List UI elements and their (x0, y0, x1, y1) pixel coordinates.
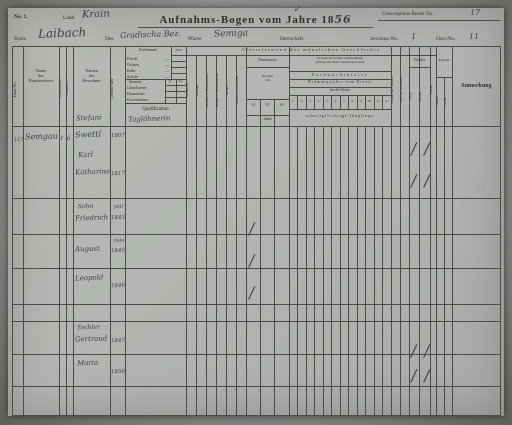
nachwuchs-age-16: 16 (274, 103, 289, 107)
col-header-bewohner: Namen der Bewohner (73, 69, 110, 84)
entry-parties: 1 (60, 135, 64, 142)
klassen-col: 2. (298, 99, 307, 103)
klassen-line1: In Folge der vorigen Aufschreibung gehör… (290, 57, 390, 64)
pfarre-value-handwritten: Semiga (214, 28, 248, 39)
viehstand-title: Viehstand: (125, 48, 171, 53)
tally-mark-weiber: / (424, 139, 430, 158)
entry-owner-name: Semgau (25, 131, 58, 141)
pfarre-label: Pfarre (188, 36, 201, 42)
grid-line-h (125, 103, 186, 104)
grid-line-h (171, 67, 186, 68)
census-table: Haus-No. Name des Hausbesitzers Wohnpart… (12, 46, 501, 416)
grid-line-h (289, 109, 391, 110)
grid-line-h (246, 67, 289, 68)
entry-inhabitant-name: Leopold (75, 274, 104, 283)
entry-inhabitant-name: August (75, 245, 100, 254)
entry-birth-year: 1845 (111, 248, 125, 254)
viehstand-row: Kühe— (127, 68, 169, 73)
grid-line-h (13, 198, 500, 199)
tally-mark-nachwuchs: / (249, 283, 255, 302)
grid-line-v (274, 99, 275, 415)
kreis-value-handwritten: Laibach (38, 25, 87, 41)
entry-inhabitant-name: Gertraud (75, 334, 108, 343)
tally-mark-weiber: / (411, 366, 417, 385)
klassen-line2: Nachwuchsklasse (289, 73, 391, 77)
qualification-header: Qualification (125, 107, 186, 113)
orts-value-handwritten: 11 (469, 32, 479, 41)
entry-inhabitant-name: Katharina (75, 167, 110, 176)
steuern-fl-col: fl. (165, 80, 176, 84)
nachwuchs-age-14: 14 (246, 103, 260, 107)
grid-line-v (382, 126, 383, 415)
entry-birth-year: 1846 (111, 283, 125, 289)
grid-line-h (165, 85, 186, 86)
grid-line-v (23, 47, 24, 415)
col-header-geburtsjahr: Geburts-Jahr (110, 55, 125, 123)
klassen-column-labels: 1.2.3.4.5.6.7.8.9.10.11.12. (289, 99, 391, 103)
anmerkung-header: Anmerkung (452, 83, 500, 90)
entry-relation-label: Sohn (78, 203, 94, 211)
scanned-form-sheet: No. 1. Land Krain Aufnahms-Bogen vom Jah… (8, 8, 504, 416)
viehstand-row-label: Kühe (127, 68, 136, 73)
des-value-handwritten: Gradischa Bez. (120, 29, 181, 40)
tally-mark-nachwuchs: / (249, 219, 255, 238)
viehstand-row-label: Ochsen (127, 62, 139, 67)
grid-line-v (306, 126, 307, 415)
grid-line-v (374, 126, 375, 415)
grid-line-v (444, 77, 445, 415)
grid-line-h (171, 55, 186, 56)
grid-line-h (436, 77, 452, 78)
fremde-header: Fremde (436, 59, 452, 63)
klassen-col: 11. (374, 99, 383, 103)
nachwuchs-sub: im Alter von (246, 75, 289, 83)
class-col-haeusler: Häusler u. Inwohner (236, 57, 246, 123)
viehstand-dash: — (165, 56, 169, 61)
entry-relation-label: Tochter (77, 324, 100, 332)
klassen-col: 1. (289, 99, 298, 103)
klassen-col: 6. (332, 99, 341, 103)
section-value-handwritten: 1 (411, 32, 416, 41)
grid-line-v (260, 99, 261, 415)
entry-inhabitant-name: Maria (77, 359, 98, 368)
entry-haus-no: 117 (14, 137, 24, 143)
col-header-familien: Familien (66, 55, 73, 123)
entry-birth-year: 1850 (111, 369, 125, 375)
grid-line-h (165, 91, 186, 92)
col-header-hausbesitzer: Name des Hausbesitzers (23, 69, 59, 84)
entry-inhabitant-name: Swettl (75, 130, 101, 140)
grid-line-h (171, 73, 186, 74)
klassen-col: 10. (366, 99, 375, 103)
grid-line-v (331, 126, 332, 415)
kreis-label: Kreis (14, 36, 26, 42)
entry-inhabitant-name: Friedrich (75, 213, 108, 222)
checkmark-handwritten: ✓ (293, 5, 301, 15)
form-number: No. 1. (14, 14, 28, 20)
klassen-line3: Widmungsjahre zum Dienst (289, 81, 391, 85)
viehstand-row: Pferde— (127, 56, 169, 61)
tally-mark-nachwuchs: / (249, 251, 255, 270)
grid-line-h (13, 234, 500, 235)
grid-line-v (314, 126, 315, 415)
klassen-col: 5. (323, 99, 332, 103)
grid-line-h (13, 386, 500, 387)
tally-mark-weiber: / (411, 171, 417, 190)
grid-line-v (340, 126, 341, 415)
entry-birth-year: 1817 (111, 171, 125, 177)
grid-line-h (246, 99, 289, 100)
form-title-text: Aufnahms-Bogen vom Jahre 18 (159, 14, 334, 26)
tally-mark-weiber: / (424, 366, 430, 385)
grid-line-v (348, 126, 349, 415)
grid-line-v (357, 126, 358, 415)
classification-title: Classification des männlichen Geschlecht… (186, 48, 436, 53)
entry-birth-year-small: 1844 (113, 239, 125, 244)
viehstand-row: Ochsen— (127, 62, 169, 67)
conscription-district-label: Conscriptions-Bezirk No. (382, 12, 433, 18)
tally-mark-weiber: / (424, 171, 430, 190)
entry-birth-year: 1807 (111, 133, 125, 139)
grid-line-h (13, 268, 500, 269)
section-label: Sections-No. (370, 36, 399, 42)
entry-inhabitant-name: Karl (78, 151, 93, 160)
entry-birth-year: 1843 (111, 215, 125, 221)
nachwuchs-age-15: 15 (260, 103, 274, 107)
entry-qualification: Taglöhnerin (128, 114, 171, 123)
orts-label: Orts-No. (436, 36, 455, 42)
grid-line-v (73, 47, 74, 415)
col-weiber-verehelichte: verehel. (419, 69, 430, 123)
klassen-col: 7. (340, 99, 349, 103)
viehstand-dash: — (165, 68, 169, 73)
grid-line-h (13, 126, 500, 127)
land-label: Land (63, 15, 74, 21)
klassen-col: 8. (349, 99, 358, 103)
viehstand-zahl-col: Zahl (171, 49, 186, 53)
herrschaft-label: Herrschaft (280, 36, 303, 42)
steuern-row-label: Erwerbsteuer (127, 98, 148, 102)
conscription-district-value: 17 (470, 8, 480, 17)
klassen-col: 4. (315, 99, 324, 103)
steuern-row-label: Haussteuer (127, 92, 145, 96)
weiber-header: Weiber (409, 58, 430, 62)
steuern-title: Steuern: (129, 80, 142, 84)
des-label: Des (105, 36, 114, 42)
grid-line-h (409, 67, 430, 68)
grid-line-v (365, 126, 366, 415)
grid-line-h (289, 95, 391, 96)
grid-line-h (13, 321, 500, 322)
col-abwesend: Hievon abwesend (400, 57, 409, 123)
tally-mark-weiber: / (424, 341, 430, 360)
viehstand-row-label: Pferde (127, 56, 137, 61)
klassen-bottom: schutzpflichtige Jünglinge (289, 114, 391, 118)
klassen-line4: für die Klasse (289, 89, 391, 93)
entry-birth-year: 1847 (111, 338, 125, 344)
tally-mark-weiber: / (411, 341, 417, 360)
grid-line-h (13, 304, 500, 305)
tally-mark-weiber: / (411, 139, 417, 158)
klassen-col: 9. (357, 99, 366, 103)
klassen-col: 3. (306, 99, 315, 103)
col-header-haus-no: Haus-No. (13, 55, 23, 123)
grid-line-v (452, 47, 453, 415)
grid-line-v (323, 126, 324, 415)
grid-line-h (171, 61, 186, 62)
entry-birth-year-small: 1841 (113, 205, 125, 210)
form-title: Aufnahms-Bogen vom Jahre 1856 (138, 14, 373, 28)
nachwuchs-unit: Jahre (246, 117, 289, 121)
form-year-handwritten: 56 (334, 13, 351, 26)
col-fremde-weiblich: weibl. (444, 79, 452, 123)
nachwuchs-title: Nachwuchs (246, 58, 289, 62)
grid-line-h (186, 55, 436, 56)
land-value-handwritten: Krain (82, 9, 110, 21)
entry-families: 6 (67, 135, 71, 142)
grid-line-v (297, 126, 298, 415)
entry-inhabitant-label: Stefani (76, 114, 102, 123)
viehstand-dash: — (165, 62, 169, 67)
steuern-row-label: Grundsteuer (127, 86, 147, 90)
grid-line-h (165, 97, 186, 98)
